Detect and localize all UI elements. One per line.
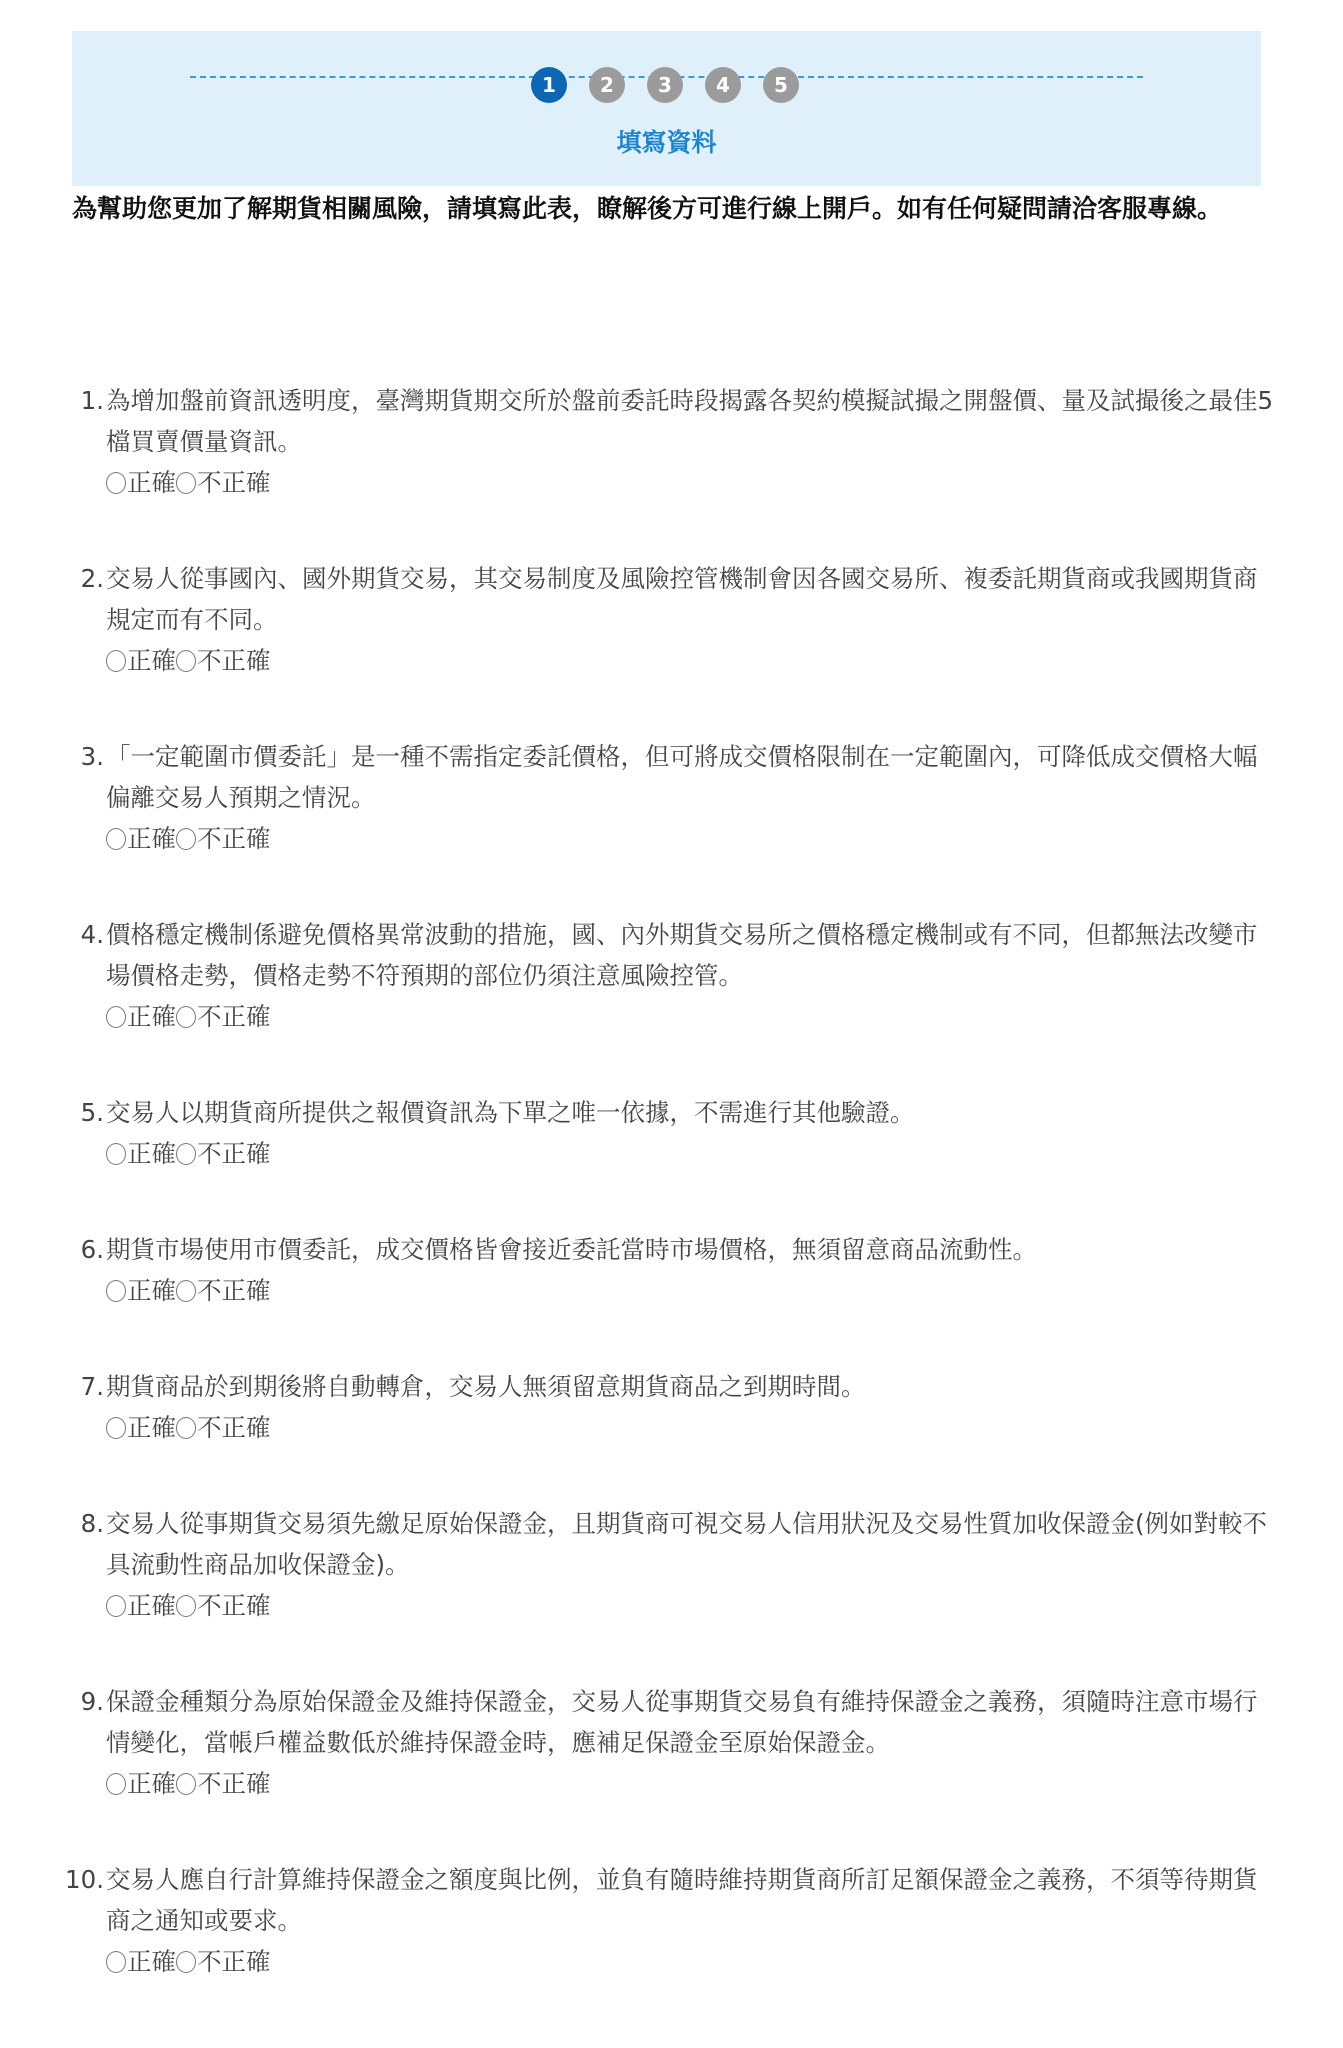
question-text: 「一定範圍市價委託」是一種不需指定委託價格，但可將成交價格限制在一定範圍內，可降…	[106, 736, 1276, 818]
step-4-indicator: 4	[705, 67, 741, 103]
radio-incorrect[interactable]: 不正確	[176, 1133, 271, 1174]
radio-label: 不正確	[197, 1407, 271, 1448]
radio-label: 不正確	[197, 1585, 271, 1626]
radio-circle-icon[interactable]	[176, 1773, 196, 1795]
radio-correct[interactable]: 正確	[106, 1407, 176, 1448]
answer-group: 正確 不正確	[106, 996, 1276, 1037]
answer-group: 正確 不正確	[106, 640, 1276, 681]
answer-group: 正確 不正確	[106, 1270, 1276, 1311]
radio-correct[interactable]: 正確	[106, 996, 176, 1037]
radio-circle-icon[interactable]	[106, 1006, 126, 1028]
radio-correct[interactable]: 正確	[106, 1133, 176, 1174]
question-text: 保證金種類分為原始保證金及維持保證金，交易人從事期貨交易負有維持保證金之義務，須…	[106, 1681, 1276, 1763]
radio-circle-icon[interactable]	[106, 1595, 126, 1617]
radio-circle-icon[interactable]	[106, 472, 126, 494]
question-number: 4.	[74, 914, 104, 955]
radio-circle-icon[interactable]	[176, 1951, 196, 1973]
question-number: 9.	[74, 1681, 104, 1722]
radio-circle-icon[interactable]	[106, 1951, 126, 1973]
radio-circle-icon[interactable]	[106, 1280, 126, 1302]
question-item: 6. 期貨市場使用市價委託，成交價格皆會接近委託當時市場價格，無須留意商品流動性…	[56, 1229, 1276, 1311]
radio-circle-icon[interactable]	[176, 1143, 196, 1165]
question-item: 10. 交易人應自行計算維持保證金之額度與比例，並負有隨時維持期貨商所訂足額保證…	[56, 1859, 1276, 1982]
question-item: 9. 保證金種類分為原始保證金及維持保證金，交易人從事期貨交易負有維持保證金之義…	[56, 1681, 1276, 1804]
radio-label: 不正確	[197, 818, 271, 859]
answer-group: 正確 不正確	[106, 1585, 1276, 1626]
radio-incorrect[interactable]: 不正確	[176, 1407, 271, 1448]
radio-label: 正確	[127, 1407, 176, 1448]
radio-label: 正確	[127, 1270, 176, 1311]
step-indicators: 1 2 3 4 5	[531, 67, 799, 103]
radio-label: 不正確	[197, 462, 271, 503]
progress-stepper: 1 2 3 4 5 填寫資料	[72, 31, 1261, 186]
radio-label: 正確	[127, 1133, 176, 1174]
answer-group: 正確 不正確	[106, 1941, 1276, 1982]
radio-label: 正確	[127, 996, 176, 1037]
radio-label: 不正確	[197, 1941, 271, 1982]
radio-correct[interactable]: 正確	[106, 1270, 176, 1311]
radio-circle-icon[interactable]	[176, 828, 196, 850]
radio-circle-icon[interactable]	[176, 1280, 196, 1302]
radio-incorrect[interactable]: 不正確	[176, 818, 271, 859]
step-3-indicator: 3	[647, 67, 683, 103]
question-text: 交易人應自行計算維持保證金之額度與比例，並負有隨時維持期貨商所訂足額保證金之義務…	[106, 1859, 1276, 1941]
step-2-indicator: 2	[589, 67, 625, 103]
question-item: 7. 期貨商品於到期後將自動轉倉，交易人無須留意期貨商品之到期時間。 正確 不正…	[56, 1366, 1276, 1448]
question-number: 8.	[74, 1503, 104, 1544]
question-number: 6.	[74, 1229, 104, 1270]
intro-instructions: 為幫助您更加了解期貨相關風險，請填寫此表，瞭解後方可進行線上開戶。如有任何疑問請…	[72, 188, 1267, 229]
answer-group: 正確 不正確	[106, 818, 1276, 859]
radio-correct[interactable]: 正確	[106, 1763, 176, 1804]
question-number: 3.	[74, 736, 104, 777]
radio-circle-icon[interactable]	[106, 1417, 126, 1439]
question-item: 8. 交易人從事期貨交易須先繳足原始保證金，且期貨商可視交易人信用狀況及交易性質…	[56, 1503, 1276, 1626]
radio-correct[interactable]: 正確	[106, 1941, 176, 1982]
radio-correct[interactable]: 正確	[106, 640, 176, 681]
radio-label: 不正確	[197, 1133, 271, 1174]
current-step-label: 填寫資料	[72, 123, 1261, 159]
question-number: 7.	[74, 1366, 104, 1407]
question-text: 為增加盤前資訊透明度，臺灣期貨期交所於盤前委託時段揭露各契約模擬試撮之開盤價、量…	[106, 380, 1276, 462]
radio-label: 正確	[127, 1941, 176, 1982]
radio-correct[interactable]: 正確	[106, 1585, 176, 1626]
question-item: 3. 「一定範圍市價委託」是一種不需指定委託價格，但可將成交價格限制在一定範圍內…	[56, 736, 1276, 859]
radio-incorrect[interactable]: 不正確	[176, 996, 271, 1037]
radio-circle-icon[interactable]	[106, 1773, 126, 1795]
question-number: 1.	[74, 380, 104, 421]
radio-correct[interactable]: 正確	[106, 462, 176, 503]
answer-group: 正確 不正確	[106, 1763, 1276, 1804]
answer-group: 正確 不正確	[106, 462, 1276, 503]
radio-circle-icon[interactable]	[106, 1143, 126, 1165]
radio-circle-icon[interactable]	[176, 1006, 196, 1028]
answer-group: 正確 不正確	[106, 1133, 1276, 1174]
answer-group: 正確 不正確	[106, 1407, 1276, 1448]
radio-circle-icon[interactable]	[176, 1595, 196, 1617]
radio-incorrect[interactable]: 不正確	[176, 462, 271, 503]
radio-circle-icon[interactable]	[106, 650, 126, 672]
question-number: 10.	[56, 1859, 104, 1900]
question-item: 2. 交易人從事國內、國外期貨交易，其交易制度及風險控管機制會因各國交易所、複委…	[56, 558, 1276, 681]
question-item: 5. 交易人以期貨商所提供之報價資訊為下單之唯一依據，不需進行其他驗證。 正確 …	[56, 1092, 1276, 1174]
radio-incorrect[interactable]: 不正確	[176, 1270, 271, 1311]
radio-label: 不正確	[197, 1270, 271, 1311]
question-text: 期貨市場使用市價委託，成交價格皆會接近委託當時市場價格，無須留意商品流動性。	[106, 1229, 1276, 1270]
radio-label: 正確	[127, 818, 176, 859]
radio-label: 不正確	[197, 640, 271, 681]
question-item: 4. 價格穩定機制係避免價格異常波動的措施，國、內外期貨交易所之價格穩定機制或有…	[56, 914, 1276, 1037]
radio-circle-icon[interactable]	[176, 1417, 196, 1439]
radio-incorrect[interactable]: 不正確	[176, 640, 271, 681]
risk-quiz-list: 1. 為增加盤前資訊透明度，臺灣期貨期交所於盤前委託時段揭露各契約模擬試撮之開盤…	[56, 380, 1276, 2037]
question-text: 交易人從事國內、國外期貨交易，其交易制度及風險控管機制會因各國交易所、複委託期貨…	[106, 558, 1276, 640]
radio-circle-icon[interactable]	[176, 472, 196, 494]
question-text: 價格穩定機制係避免價格異常波動的措施，國、內外期貨交易所之價格穩定機制或有不同，…	[106, 914, 1276, 996]
question-number: 5.	[74, 1092, 104, 1133]
radio-label: 正確	[127, 1585, 176, 1626]
step-1-indicator: 1	[531, 67, 567, 103]
question-item: 1. 為增加盤前資訊透明度，臺灣期貨期交所於盤前委託時段揭露各契約模擬試撮之開盤…	[56, 380, 1276, 503]
radio-incorrect[interactable]: 不正確	[176, 1585, 271, 1626]
question-text: 交易人從事期貨交易須先繳足原始保證金，且期貨商可視交易人信用狀況及交易性質加收保…	[106, 1503, 1276, 1585]
radio-label: 不正確	[197, 1763, 271, 1804]
radio-label: 正確	[127, 462, 176, 503]
radio-label: 不正確	[197, 996, 271, 1037]
radio-incorrect[interactable]: 不正確	[176, 1941, 271, 1982]
radio-correct[interactable]: 正確	[106, 818, 176, 859]
question-number: 2.	[74, 558, 104, 599]
radio-label: 正確	[127, 1763, 176, 1804]
step-5-indicator: 5	[763, 67, 799, 103]
question-text: 期貨商品於到期後將自動轉倉，交易人無須留意期貨商品之到期時間。	[106, 1366, 1276, 1407]
radio-circle-icon[interactable]	[106, 828, 126, 850]
question-text: 交易人以期貨商所提供之報價資訊為下單之唯一依據，不需進行其他驗證。	[106, 1092, 1276, 1133]
radio-label: 正確	[127, 640, 176, 681]
radio-incorrect[interactable]: 不正確	[176, 1763, 271, 1804]
radio-circle-icon[interactable]	[176, 650, 196, 672]
